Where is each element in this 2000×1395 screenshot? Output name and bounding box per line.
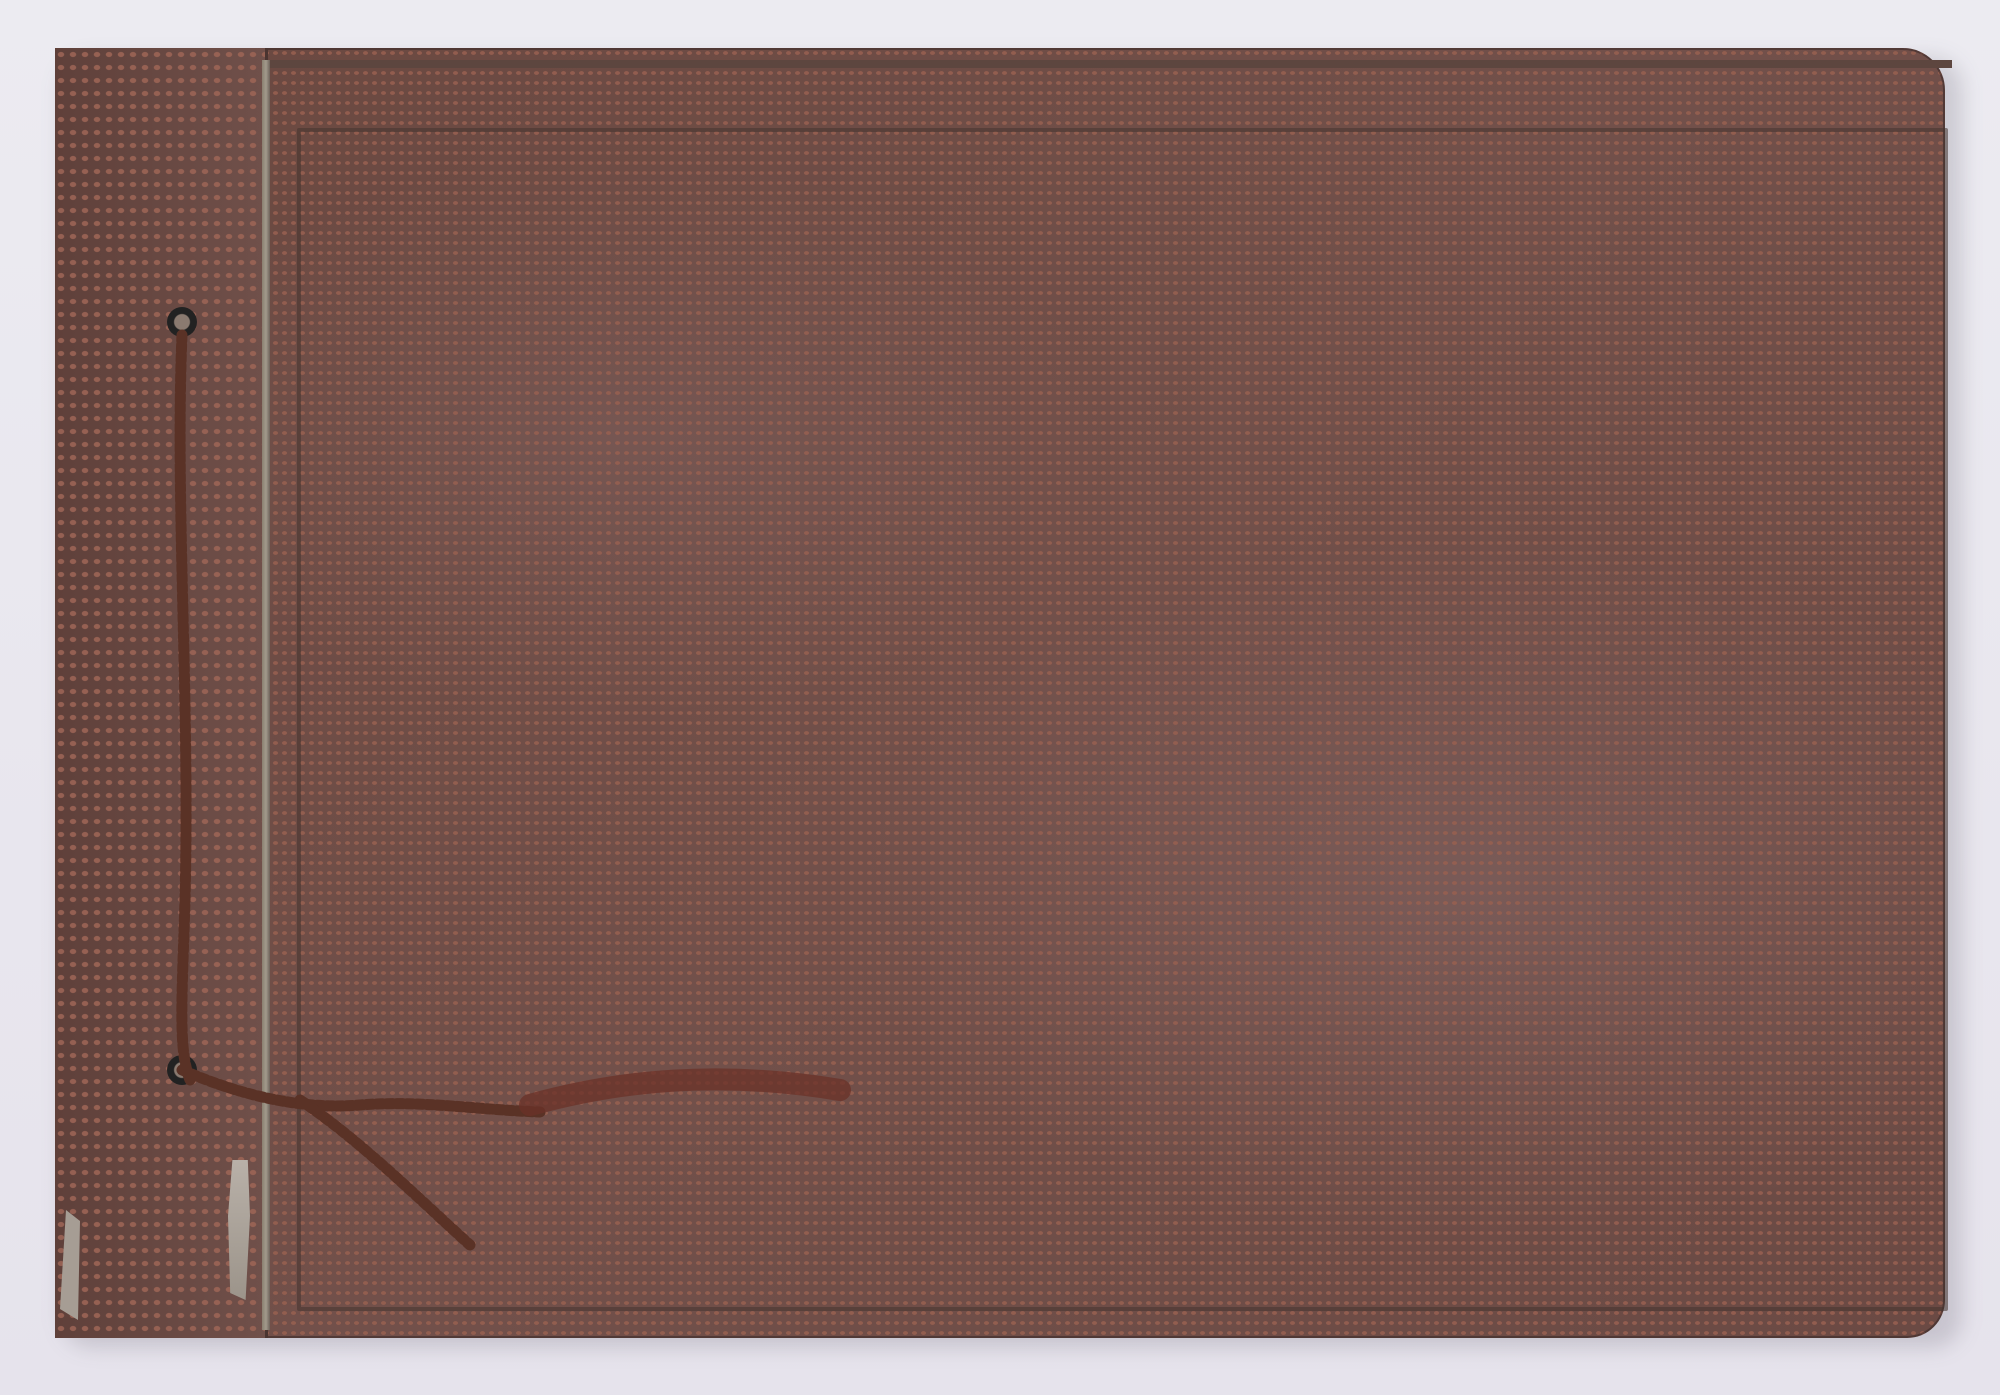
binding-cord xyxy=(0,0,2000,1395)
